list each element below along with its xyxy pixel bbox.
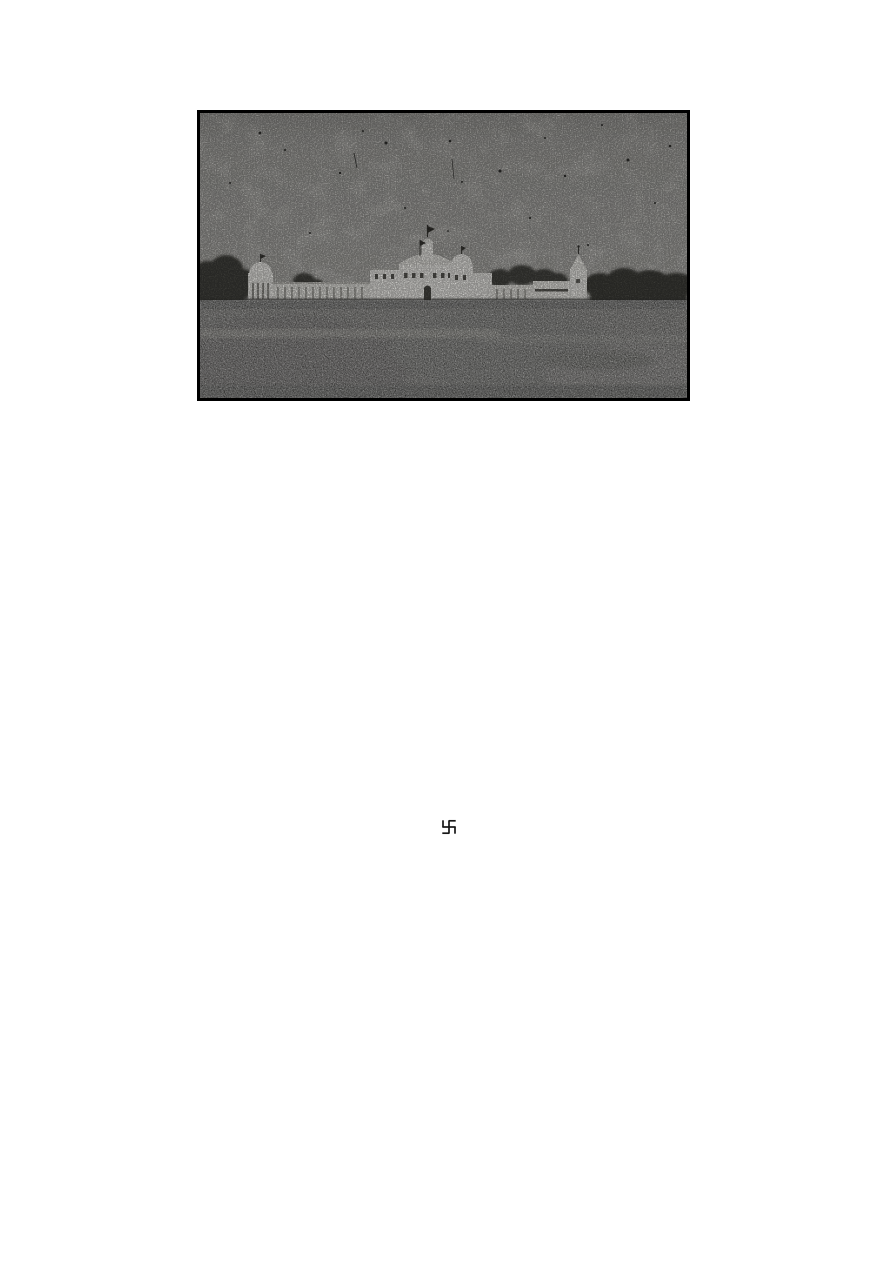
photo-canvas [200,113,687,398]
book-page [0,0,892,1263]
swastika-icon [441,819,457,835]
swastika-divider [441,819,457,835]
photo-grain-overlay [200,113,687,398]
temple-photograph [197,110,690,401]
